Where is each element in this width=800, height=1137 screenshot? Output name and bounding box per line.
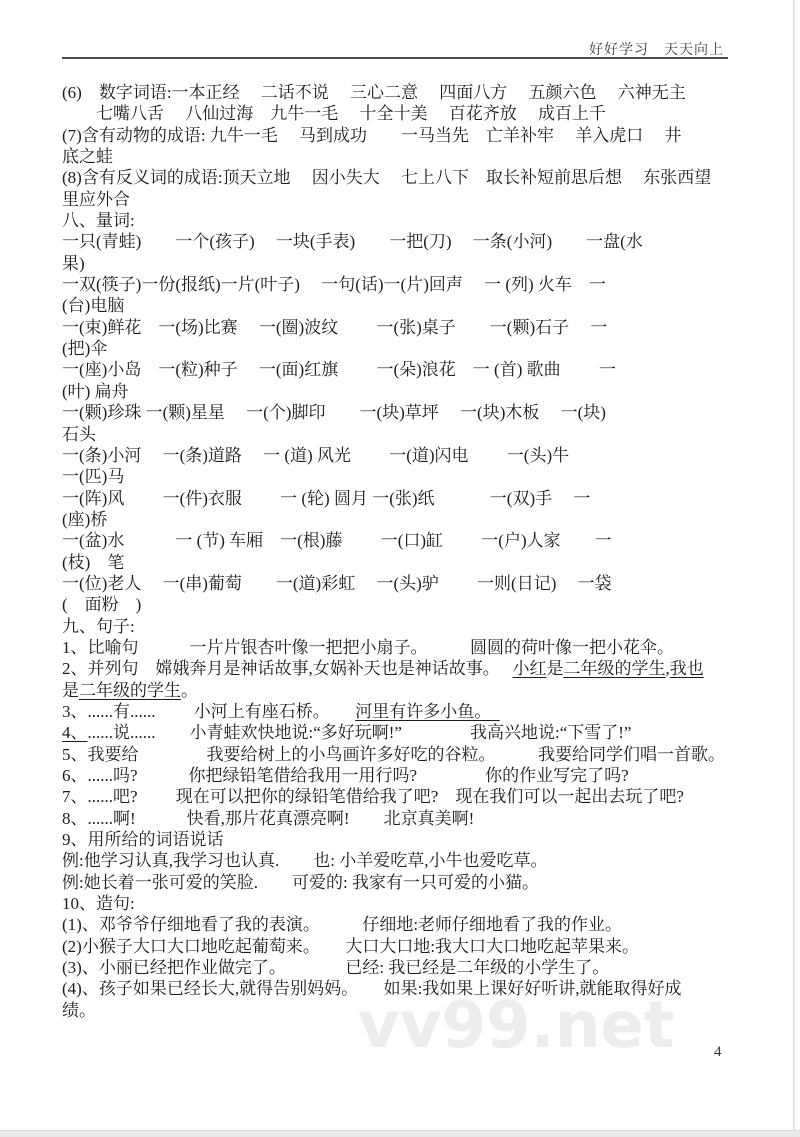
text-segment: 九、句子:: [62, 617, 135, 636]
underlined-text: 小红: [513, 659, 547, 678]
document-body: (6) 数字词语:一本正经 二话不说 三心二意 四面八方 五颜六色 六神无主 七…: [62, 82, 740, 1021]
text-line: 里应外合: [62, 189, 740, 210]
text-line: (3)、小丽已经把作业做完了。 已经: 我已经是二年级的小学生了。: [62, 957, 740, 978]
text-segment: (台)电脑: [62, 296, 124, 315]
text-line: 6、......吗? 你把绿铅笔借给我用一用行吗? 你的作业写完了吗?: [62, 765, 740, 786]
text-line: 一(阵)风 一(件)衣服 一 (轮) 圆月 一(张)纸 一(双)手 一: [62, 488, 740, 509]
text-segment: (2)小猴子大口大口地吃起葡萄来。 大口大口地:我大口大口地吃起苹果来。: [62, 937, 639, 956]
text-segment: (座)桥: [62, 510, 107, 529]
text-line: 9、用所给的词语说话: [62, 829, 740, 850]
text-segment: 底之蛙: [62, 147, 113, 166]
text-segment: 一(阵)风 一(件)衣服 一 (轮) 圆月 一(张)纸 一(双)手 一: [62, 489, 590, 508]
text-segment: 七嘴八舌 八仙过海 九牛一毛 十全十美 百花齐放 成百上千: [62, 104, 606, 123]
document-page: vv99.net 好好学习 天天向上 (6) 数字词语:一本正经 二话不说 三心…: [0, 0, 800, 1137]
text-segment: (3)、小丽已经把作业做完了。 已经: 我已经是二年级的小学生了。: [62, 958, 609, 977]
text-segment: ( 面粉 ): [62, 595, 141, 614]
underlined-text: 4、: [62, 723, 88, 742]
text-segment: 一(匹)马: [62, 467, 124, 486]
underlined-text: 我也: [670, 659, 704, 678]
text-line: 九、句子:: [62, 616, 740, 637]
text-segment: 是: [547, 659, 564, 678]
text-segment: 八、量词:: [62, 211, 135, 230]
text-line: 绩。: [62, 1000, 740, 1021]
underlined-text: 河里有许多小鱼。: [355, 702, 500, 721]
text-segment: 一双(筷子)一份(报纸)一片(叶子) 一句(话)一(片)回声 一 (列) 火车 …: [62, 275, 606, 294]
text-line: 一(座)小岛 一(粒)种子 一(面)红旗 一(朵)浪花 一 (首) 歌曲 一: [62, 359, 740, 380]
text-segment: 8、......啊! 快看,那片花真漂亮啊! 北京真美啊!: [62, 809, 474, 828]
text-segment: 一(座)小岛 一(粒)种子 一(面)红旗 一(朵)浪花 一 (首) 歌曲 一: [62, 360, 616, 379]
text-line: (1)、邓爷爷仔细地看了我的表演。 仔细地:老师仔细地看了我的作业。: [62, 914, 740, 935]
text-segment: 绩。: [62, 1001, 96, 1020]
text-segment: (4)、孩子如果已经长大,就得告别妈妈。 如果:我如果上课好好听讲,就能取得好成: [62, 979, 682, 998]
header-rule: [62, 57, 728, 59]
text-segment: 例:她长着一张可爱的笑脸. 可爱的: 我家有一只可爱的小猫。: [62, 873, 539, 892]
text-segment: 一只(青蛙) 一个(孩子) 一块(手表) 一把(刀) 一条(小河) 一盘(水: [62, 232, 643, 251]
text-line: 一(束)鲜花 一(场)比赛 一(圈)波纹 一(张)桌子 一(颗)石子 一: [62, 317, 740, 338]
text-segment: 一(位)老人 一(串)葡萄 一(道)彩虹 一(头)驴 一则(日记) 一袋: [62, 574, 612, 593]
text-segment: 例:他学习认真,我学习也认真. 也: 小羊爱吃草,小牛也爱吃草。: [62, 851, 547, 870]
text-segment: 7、......吧? 现在可以把你的绿铅笔借给我了吧? 现在我们可以一起出去玩了…: [62, 787, 684, 806]
page-bottom-edge: [0, 1130, 800, 1137]
text-line: 3、......有...... 小河上有座石桥。 河里有许多小鱼。: [62, 701, 740, 722]
text-segment: (枝) 笔: [62, 553, 124, 572]
text-segment: 一(条)小河 一(条)道路 一 (道) 风光 一(道)闪电 一(头)牛: [62, 446, 569, 465]
text-line: 一(盆)水 一 (节) 车厢 一(根)藤 一(口)缸 一(户)人家 一: [62, 530, 740, 551]
text-line: 一只(青蛙) 一个(孩子) 一块(手表) 一把(刀) 一条(小河) 一盘(水: [62, 231, 740, 252]
text-line: 一(颗)珍珠 一(颗)星星 一(个)脚印 一(块)草坪 一(块)木板 一(块): [62, 402, 740, 423]
text-segment: 5、我要给 我要给树上的小鸟画许多好吃的谷粒。 我要给同学们唱一首歌。: [62, 745, 725, 764]
underlined-text: 二年级的学生: [79, 681, 181, 700]
text-line: (6) 数字词语:一本正经 二话不说 三心二意 四面八方 五颜六色 六神无主: [62, 82, 740, 103]
text-line: 是二年级的学生。: [62, 680, 740, 701]
text-line: 例:她长着一张可爱的笑脸. 可爱的: 我家有一只可爱的小猫。: [62, 872, 740, 893]
text-segment: (1)、邓爷爷仔细地看了我的表演。 仔细地:老师仔细地看了我的作业。: [62, 915, 622, 934]
text-segment: 10、造句:: [62, 894, 135, 913]
header-motto: 好好学习 天天向上: [589, 39, 724, 59]
text-line: 一(条)小河 一(条)道路 一 (道) 风光 一(道)闪电 一(头)牛: [62, 445, 740, 466]
text-segment: 6、......吗? 你把绿铅笔借给我用一用行吗? 你的作业写完了吗?: [62, 766, 629, 785]
text-segment: (叶) 扁舟: [62, 382, 129, 401]
text-line: (把)伞: [62, 338, 740, 359]
text-segment: (把)伞: [62, 339, 107, 358]
text-segment: 。: [181, 681, 198, 700]
text-line: (2)小猴子大口大口地吃起葡萄来。 大口大口地:我大口大口地吃起苹果来。: [62, 936, 740, 957]
text-line: ( 面粉 ): [62, 594, 740, 615]
text-segment: 一(束)鲜花 一(场)比赛 一(圈)波纹 一(张)桌子 一(颗)石子 一: [62, 318, 607, 337]
text-segment: 一(盆)水 一 (节) 车厢 一(根)藤 一(口)缸 一(户)人家 一: [62, 531, 612, 550]
text-line: (叶) 扁舟: [62, 381, 740, 402]
text-line: 例:他学习认真,我学习也认真. 也: 小羊爱吃草,小牛也爱吃草。: [62, 850, 740, 871]
text-segment: 1、比喻句 一片片银杏叶像一把把小扇子。 圆圆的荷叶像一把小花伞。: [62, 638, 674, 657]
text-line: 5、我要给 我要给树上的小鸟画许多好吃的谷粒。 我要给同学们唱一首歌。: [62, 744, 740, 765]
text-segment: 里应外合: [62, 190, 130, 209]
text-segment: 果): [62, 254, 85, 273]
text-segment: 是: [62, 681, 79, 700]
text-line: (7)含有动物的成语: 九牛一毛 马到成功 一马当先 亡羊补牢 羊入虎口 井: [62, 125, 740, 146]
text-segment: ......说...... 小青蛙欢快地说:“多好玩啊!” 我高兴地说:“下雪了…: [88, 723, 632, 742]
text-line: 七嘴八舌 八仙过海 九牛一毛 十全十美 百花齐放 成百上千: [62, 103, 740, 124]
text-line: (枝) 笔: [62, 552, 740, 573]
text-line: (台)电脑: [62, 295, 740, 316]
text-segment: 石头: [62, 425, 96, 444]
text-line: 4、......说...... 小青蛙欢快地说:“多好玩啊!” 我高兴地说:“下…: [62, 722, 740, 743]
text-line: 八、量词:: [62, 210, 740, 231]
text-line: 7、......吧? 现在可以把你的绿铅笔借给我了吧? 现在我们可以一起出去玩了…: [62, 786, 740, 807]
text-line: (8)含有反义词的成语:顶天立地 因小失大 七上八下 取长补短前思后想 东张西望: [62, 167, 740, 188]
underlined-text: 二年级的学生: [564, 659, 666, 678]
text-line: 底之蛙: [62, 146, 740, 167]
text-segment: (6) 数字词语:一本正经 二话不说 三心二意 四面八方 五颜六色 六神无主: [62, 83, 686, 102]
text-segment: 3、......有...... 小河上有座石桥。: [62, 702, 355, 721]
text-line: 一(位)老人 一(串)葡萄 一(道)彩虹 一(头)驴 一则(日记) 一袋: [62, 573, 740, 594]
text-line: (座)桥: [62, 509, 740, 530]
text-segment: (8)含有反义词的成语:顶天立地 因小失大 七上八下 取长补短前思后想 东张西望: [62, 168, 711, 187]
text-line: 1、比喻句 一片片银杏叶像一把把小扇子。 圆圆的荷叶像一把小花伞。: [62, 637, 740, 658]
text-line: 石头: [62, 424, 740, 445]
text-line: 一双(筷子)一份(报纸)一片(叶子) 一句(话)一(片)回声 一 (列) 火车 …: [62, 274, 740, 295]
text-segment: (7)含有动物的成语: 九牛一毛 马到成功 一马当先 亡羊补牢 羊入虎口 井: [62, 126, 682, 145]
page-number: 4: [714, 1044, 722, 1061]
text-line: 一(匹)马: [62, 466, 740, 487]
text-line: 果): [62, 253, 740, 274]
text-line: (4)、孩子如果已经长大,就得告别妈妈。 如果:我如果上课好好听讲,就能取得好成: [62, 978, 740, 999]
text-line: 10、造句:: [62, 893, 740, 914]
text-segment: 9、用所给的词语说话: [62, 830, 224, 849]
page-right-edge: [793, 0, 795, 1130]
text-segment: 2、并列句 嫦娥奔月是神话故事,女娲补天也是神话故事。: [62, 659, 513, 678]
text-line: 2、并列句 嫦娥奔月是神话故事,女娲补天也是神话故事。 小红是二年级的学生,我也: [62, 658, 740, 679]
text-segment: 一(颗)珍珠 一(颗)星星 一(个)脚印 一(块)草坪 一(块)木板 一(块): [62, 403, 606, 422]
text-line: 8、......啊! 快看,那片花真漂亮啊! 北京真美啊!: [62, 808, 740, 829]
